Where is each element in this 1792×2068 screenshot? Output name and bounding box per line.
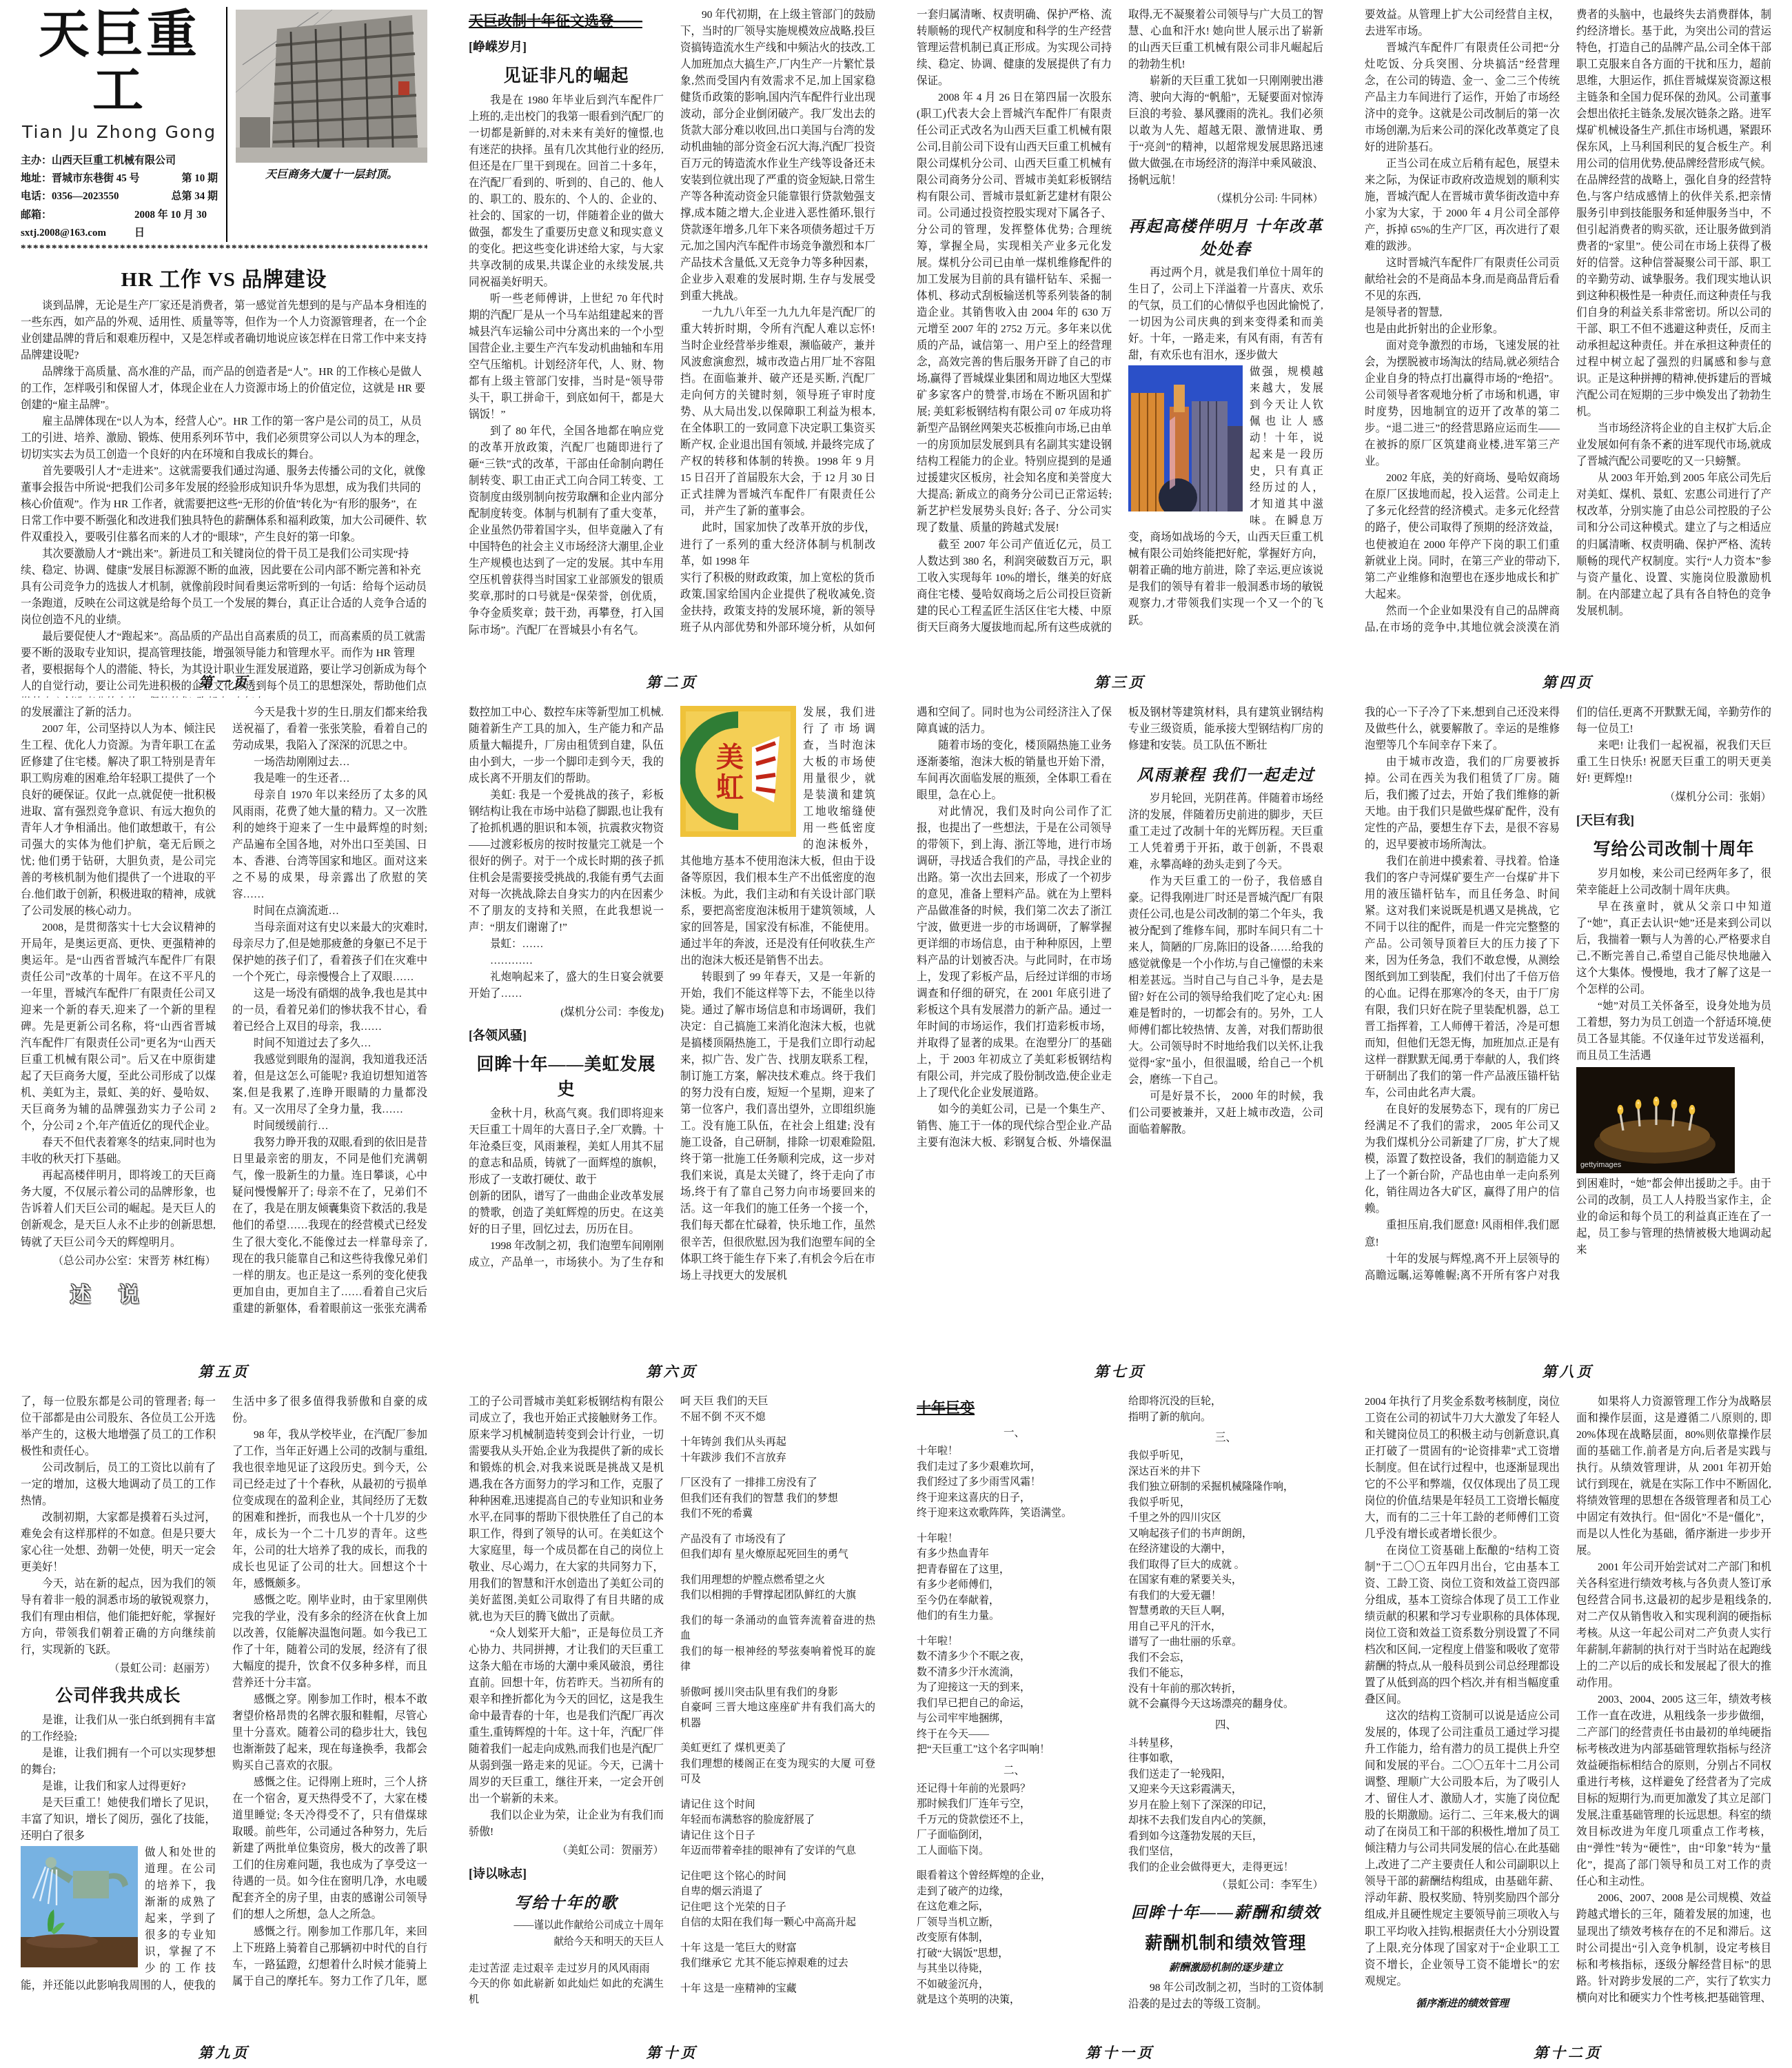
poem-line: 十年 这是一座精神的宝藏: [680, 1981, 875, 1997]
paragraph: 礼炮响起来了，盛大的生日宴会就要开始了……: [469, 969, 664, 1002]
poem-line: 他们的有生力量。: [917, 1608, 1112, 1624]
construction-building-photo: [236, 10, 427, 163]
poem-line: 十年 这是一笔巨大的财富: [680, 1940, 875, 1956]
paragraph: 2003、2004、2005 这三年，绩效考核工作一直在改进，从粗线条一步步做细…: [1576, 1692, 1771, 1890]
poem-line: 在经济建设的大潮中，: [1128, 1541, 1323, 1557]
paragraph: 时间不知道过去了多久…: [232, 1035, 427, 1052]
paragraph: 2004 年执行了月奖金系数考核制度，岗位工资在公司的初试牛刀大大激发了年轻人和…: [1365, 1394, 1560, 1543]
poem-line: 用自己平凡的汗水，: [1128, 1619, 1323, 1635]
paragraph: 春天不但代表着寒冬的结束,同时也为丰收的秋天打下基础。: [21, 1135, 216, 1168]
poem-line: 却抹不去我们发自内心的笑颜，: [1128, 1813, 1323, 1829]
page-number: 第十二页: [1344, 2042, 1792, 2062]
page-2: 天巨改制十年征文选登——[峥嵘岁月]见证非凡的崛起我是在 1980 年毕业后到汽…: [448, 0, 896, 698]
poem-line: 我们不死的希冀: [680, 1506, 875, 1522]
paragraph: 我们以企业为荣，让企业为有我们而骄傲!: [469, 1807, 664, 1841]
article-headline: 回眸十年——美虹发展史: [469, 1051, 664, 1100]
signature: （煤机分公司: 牛同林）: [1128, 190, 1323, 205]
paragraph: 是谁，让我们从一张白纸到拥有丰富的工作经验;: [21, 1712, 216, 1745]
paragraph: “她”对员工关怀备至，设身处地为员工着想，努力为员工创造一个舒适环境,使员工各显…: [1576, 998, 1771, 1064]
svg-text:虹: 虹: [716, 772, 744, 803]
publish-date: 2008 年 10 月 30 日: [134, 206, 218, 243]
article-headline: 写给公司改制十周年: [1576, 835, 1771, 860]
paragraph: 当母亲面对这有史以来最大的灾难时,母亲尽力了,但是她那疲惫的身躯已不足于保护她的…: [232, 920, 427, 986]
paragraph: 其次要激励人才“跳出来”。新进员工和关键岗位的骨干员工是我们公司实现“持续、稳定…: [21, 546, 427, 629]
page-12: 2004 年执行了月奖金系数考核制度，岗位工资在公司的初试牛刀大大激发了年轻人和…: [1344, 1387, 1792, 2068]
spacer: [680, 1787, 875, 1797]
paragraph: 2007 年，公司坚持以人为本、倾注民生工程、优化人力资源。为青年职工在孟匠修建…: [21, 721, 216, 920]
paragraph: 2002 年底，美的好商场、曼哈奴商场在原厂区拔地而起，投入运营。公司走上了多元…: [1365, 470, 1560, 602]
paragraph: 从 2003 年开始,到 2005 年底公司先后对美虹、煤机、景虹、宏惠公司进行…: [1576, 470, 1771, 619]
paragraph: 面对竞争激烈的市场，飞速发展的社会，为摆脱被市场淘汰的结局,就必须结合企业自身的…: [1365, 338, 1560, 470]
poem-line: 我们继承它 尤其不能忘掉艰难的过去: [680, 1956, 875, 1971]
poem-line: 美虹更红了 煤机更美了: [680, 1741, 875, 1756]
paragraph: 今天是我十岁的生日,朋友们都来给我送祝福了，看着一张张笑脸，看着自己的劳动成果，…: [232, 704, 427, 754]
paragraph: …………: [469, 953, 664, 969]
article-headline: 公司伴我共成长: [21, 1682, 216, 1707]
stanza-number: 一、: [917, 1424, 1112, 1439]
spacer: [680, 1563, 875, 1572]
paragraph: 一场浩劫刚刚过去…: [232, 754, 427, 771]
paragraph: 一套归属清晰、权责明确、保护严格、流转顺畅的现代产权制度和科学的生产经营管理运营…: [917, 7, 1112, 90]
page-number: 第三页: [896, 671, 1344, 692]
poem-line: 我们用理想的炉膛点燃希望之火: [680, 1572, 875, 1588]
poem-line: 打破“大锅饭”思想，: [917, 1946, 1112, 1962]
page-number: 第九页: [0, 2042, 448, 2062]
poem-line: 有多少老师傅们，: [917, 1577, 1112, 1593]
poem-line: 指明了新的航向。: [1128, 1410, 1323, 1426]
page-4: 要效益。从管理上扩大公司经营自主权，去进军市场。晋城汽车配件厂有限责任公司把“分…: [1344, 0, 1792, 698]
page-7: 遇和空间了。同时也为公司经济注入了保障真诚的活力。随着市场的变化，楼顶隔热施工业…: [896, 698, 1344, 1387]
poem-line: 就是这个英明的决策，: [917, 1992, 1112, 2008]
poem-line: 十年铸剑 我们从头再起: [680, 1435, 875, 1450]
paragraph: 到困难时，“她”都会伸出援助之手。由于公司的改制，员工人人持股当家作主，企业的命…: [1576, 1176, 1771, 1259]
paragraph: 品牌缘于高质量、高水准的产品，而产品的创造者是“人”。HR 的工作核心是做人的工…: [21, 364, 427, 414]
spacer: [680, 1675, 875, 1685]
calligraphy-headline: 再起高楼伴明月 十年改革处处春: [1128, 214, 1323, 259]
phone-line: 电话：0356—2023550: [21, 187, 119, 205]
paragraph: 数控加工中心、数控车床等新型加工机械.随着新生产工具的加入，生产能力和产品质量大…: [469, 704, 664, 787]
paragraph: 再起高楼伴明月，即将竣工的天巨商务大厦，不仅展示着公司的品牌形象，也告诉着人们天…: [21, 1168, 216, 1250]
paragraph: 再过两个月，就是我们单位十周年的生日了，公司上下洋溢着一片喜庆、欢乐的气氛，员工…: [1128, 265, 1323, 364]
poem-line: 厂领导当机立断，: [917, 1915, 1112, 1931]
paragraph: 遇和空间了。同时也为公司经济注入了保障真诚的活力。: [917, 704, 1112, 738]
poem-line: 给即将沉没的巨轮，: [1128, 1394, 1323, 1410]
poem-line: 我们取得了巨大的成就 。: [1128, 1557, 1323, 1573]
poem-line: 为了迎接这一天的到来，: [917, 1680, 1112, 1696]
paragraph: 90 年代初期，在上级主管部门的鼓励下，当时的厂领导实施规模效应战略,投巨资搞铸…: [680, 7, 875, 305]
page-number: 第六页: [448, 1361, 896, 1381]
paragraph: 由于城市改造，我们的厂房要被拆掉。公司在西关为我们租赁了厂房。随后，我们搬了过去…: [1365, 754, 1560, 853]
poem-line: 眼看着这个曾经辉煌的企业，: [917, 1868, 1112, 1884]
poem-line: 但我们还有我们的智慧 我们的梦想: [680, 1491, 875, 1507]
poem-line: 不如破釜沉舟，: [917, 1977, 1112, 1993]
lead-article-headline: HR 工作 VS 品牌建设: [21, 262, 427, 292]
poem-line: 我们以相拥的手臂撑起团队鲜红的大旗: [680, 1588, 875, 1603]
masthead-photo-area: 天巨商务大厦十一层封顶。: [227, 7, 427, 242]
poem-line: 请记住 这个时间: [680, 1797, 875, 1813]
stars-separator: ****************************************…: [21, 243, 427, 255]
calligraphy-headline: 写给十年的歌: [469, 1890, 664, 1913]
paragraph: 早在孩童时，就从父亲口中知道了“她”，真正去认识“她”还是来到公司以后，我揣着一…: [1576, 899, 1771, 998]
skyscrapers-photo: [1128, 365, 1243, 511]
poem-line: 工人面临下岗。: [917, 1843, 1112, 1859]
spacer: [917, 1858, 1112, 1868]
paragraph: 2001 年公司开始尝试对二产部门和机关各科室进行绩效考核,与各负责人签订承包经…: [1576, 1559, 1771, 1692]
poem-line: 十年啦！: [917, 1531, 1112, 1547]
issue-number: 第 10 期: [181, 170, 218, 187]
masthead-left: 天巨重工 Tian Ju Zhong Gong 主办：山西天巨重工机械有限公司 …: [21, 7, 227, 242]
paragraph: 的发展灌注了新的活力。: [21, 704, 216, 721]
poem-line: 我们经过了多少雨雪风霜！: [917, 1474, 1112, 1490]
poem-line: 我们早已把自己的命运，: [917, 1696, 1112, 1712]
lead-article-body: 谈到品牌，无论是生产厂家还是消费者，第一感觉首先想到的是与产品本身相连的一些东西…: [21, 298, 427, 698]
watering-can-photo: [21, 1846, 138, 1967]
paragraph: 在良好的发展势态下，现有的厂房已经满足不了我们的需求， 2005 年公司又为我们…: [1365, 1102, 1560, 1217]
paragraph: 听一些老师傅讲，上世纪 70 年代时期的汽配厂是从一个马车站组建起来的晋城县汽车…: [469, 291, 664, 423]
paragraph: 雇主品牌体现在“以人为本，经营人心”。HR 工作的第一客户是公司的员工，从员工的…: [21, 414, 427, 463]
paragraph: 作为天巨重工的一份子，我倍感自豪。记得我刚进厂时还是晋城汽配厂有限责任公司,也是…: [1128, 873, 1323, 1088]
page-11: 十年巨变一、十年啦！我们走过了多少艰难坎坷，我们经过了多少雨雪风霜！终于迎来这喜…: [896, 1387, 1344, 2068]
page-8: 我的心一下子冷了下来,想到自己还没来得及做些什么，就要解散了。幸运的是维修泡塑等…: [1344, 698, 1792, 1387]
paragraph: 岁月如梭，来公司已经两年多了，很荣幸能赶上公司改制十周年庆典。: [1576, 866, 1771, 899]
spacer: [680, 1466, 875, 1475]
spacer: [680, 1731, 875, 1741]
image-watermark: gettyimages: [1580, 1161, 1621, 1169]
poem-line: 智慧勇敢的天巨人啊，: [1128, 1603, 1323, 1619]
paragraph: 可是好景不长， 2000 年的时候，我们公司要被兼并，又赶上城市改造，公司面临着…: [1128, 1088, 1323, 1138]
paragraph: 我感觉到眼角的湿润，我知道我还活着，但是这怎么可能呢? 我迫切想知道答案,但是我…: [232, 1052, 427, 1118]
poem-line: 自信的太阳在我们每一颗心中高高升起: [680, 1915, 875, 1931]
spacer: [917, 1521, 1112, 1531]
issue-total: 总第 34 期: [171, 187, 218, 205]
poem-line: 往事如歌，: [1128, 1751, 1323, 1767]
paragraph: 工的子公司晋城市美虹彩板钢结构有限公司成立了，我也开始正式接触财务工作。原来学习…: [469, 1394, 664, 1625]
paragraph: 对此情况，我们及时向公司作了汇报，也提出了一些想法，于是在公司领导的带领下，到上…: [917, 804, 1112, 1102]
paragraph: 美虹: 我是一个爱挑战的孩子，彩板钢结构让我在市场中站稳了脚跟,也让我有了抢抓机…: [469, 787, 664, 936]
paragraph: 也是由此折射出的企业形象。: [1365, 321, 1560, 338]
page-number: 第十页: [448, 2042, 896, 2062]
paragraph: “众人划桨开大船”，正是每位员工齐心协力、共同拼搏，才让我们的天巨重工这条大船在…: [469, 1625, 664, 1807]
newspaper-title: 天巨重工: [21, 7, 218, 119]
paragraph: 来吧! 让我们一起祝福，祝我们天巨重工生日快乐! 祝愿天巨重工的明天更美好! 更…: [1576, 738, 1771, 787]
page-10: 工的子公司晋城市美虹彩板钢结构有限公司成立了，我也开始正式接触财务工作。原来学习…: [448, 1387, 896, 2068]
poem-line: 终于迎来这欢歌阵阵，笑语满堂。: [917, 1506, 1112, 1521]
poem-line: 终于在今天——: [917, 1727, 1112, 1743]
page-number: 第四页: [1344, 671, 1792, 692]
address-line: 地址：晋城市东巷街 45 号: [21, 170, 140, 187]
paragraph: 岁月轮回，光阴荏苒。伴随着市场经济的发展，伴随着历史前进的脚步，天巨重工走过了改…: [1128, 791, 1323, 873]
poem-line: 我似乎听见，: [1128, 1448, 1323, 1464]
poem-line: 我们的企业会做得更大，走得更远！: [1128, 1860, 1323, 1876]
subtitle: 献给今天和明天的天巨人: [469, 1935, 664, 1950]
spacer: [680, 1931, 875, 1940]
signature: （煤机分公司：张娟）: [1576, 789, 1771, 804]
poem-line: 但我们却有 星火燎原起死回生的勇气: [680, 1547, 875, 1563]
poem-line: 我们独立研制的采掘机械隆隆作响，: [1128, 1479, 1323, 1495]
paragraph: 一九九八年至一九九九年是汽配厂的重大转折时期，令所有汽配人难以忘怀! 当时企业经…: [680, 305, 875, 520]
paragraph: 今天，站在新的起点，因为我们的领导有着非一般的洞悉市场的敏锐观察力，我们有理由相…: [21, 1576, 216, 1659]
poem-line: 记住吧 这个铭心的时间: [680, 1869, 875, 1885]
poem-line: 终于迎来这喜庆的日子，: [917, 1490, 1112, 1506]
page-1: 天巨重工 Tian Ju Zhong Gong 主办：山西天巨重工机械有限公司 …: [0, 0, 448, 698]
spacer: [680, 1603, 875, 1613]
page-6: 数控加工中心、数控车床等新型加工机械.随着新生产工具的加入，生产能力和产品质量大…: [448, 698, 896, 1387]
poem-line: 十年啦！: [917, 1634, 1112, 1650]
stanza-number: 四、: [1128, 1716, 1323, 1732]
poem-line: 自豪呵 三晋大地这座座矿井有我们高大的机器: [680, 1700, 875, 1731]
meihong-logo: 美虹: [680, 706, 796, 837]
poem-line: 把“天巨重工”这个名字叫响！: [917, 1742, 1112, 1758]
page-number: 第一页: [0, 671, 448, 692]
page-number: 第二页: [448, 671, 896, 692]
poem-line: 我似乎听见，: [1128, 1495, 1323, 1511]
signature: （美虹公司：贺丽芳）: [469, 1842, 664, 1857]
poem-line: 厂子面临倒闭，: [917, 1827, 1112, 1843]
paragraph: 如果将人力资源管理工作分为战略层面和操作层面，这是遵循二八原则的, 即 20%体…: [1576, 1394, 1771, 1559]
masthead: 天巨重工 Tian Ju Zhong Gong 主办：山西天巨重工机械有限公司 …: [21, 7, 427, 242]
spacer: [469, 2007, 664, 2017]
poem-line: 深达百米的井下: [1128, 1464, 1323, 1480]
page-number: 第五页: [0, 1361, 448, 1381]
poem-line: 数不清多少个不眠之夜，: [917, 1649, 1112, 1665]
paragraph: 感慨之住。记得刚上班时，三个人挤在一个宿舍，夏天热得受不了，大家在楼道里睡觉; …: [232, 1774, 427, 1923]
poem-line: 我们不会忘，: [1128, 1650, 1323, 1666]
paragraph: 这次的结构工资制可以说是适应公司发展的，体现了公司注重员工通过学习提升工作能力，…: [1365, 1708, 1560, 1989]
poem-line: 走过苦涩 走过艰辛 走过岁月的风风雨雨: [469, 1961, 664, 1977]
email-line: 邮箱：sxtj.2008@163.com: [21, 206, 134, 243]
poem-line: 那时候我们厂连年亏空，: [917, 1796, 1112, 1812]
newspaper-title-pinyin: Tian Ju Zhong Gong: [21, 122, 218, 142]
poem-line: 千万元的贷款偿还不上，: [917, 1812, 1112, 1828]
section-tag: [峥嵘岁月]: [469, 37, 664, 55]
poem-line: 呵 天巨 我们的天巨: [680, 1394, 875, 1410]
poem-line: 我们坚信，: [1128, 1844, 1323, 1860]
paragraph: 景虹：……: [469, 936, 664, 953]
paragraph: 2008，是贯彻落实十七大会议精神的开局年，是奥运更高、更快、更强精神的奥运年。…: [21, 920, 216, 1135]
article-headline: 薪酬机制和绩效管理: [1128, 1929, 1323, 1954]
section-tag: [诗以咏志]: [469, 1864, 664, 1882]
paragraph: 崭新的天巨重工犹如一只刚刚驶出港湾、驶向大海的“帆船”，无疑要面对惊涛巨浪的考验…: [1128, 73, 1323, 189]
poem-line: 看到如今这蓬勃发展的天巨，: [1128, 1829, 1323, 1845]
calligraphy-headline: 回眸十年——薪酬和绩效: [1128, 1900, 1323, 1923]
spacer: [469, 1952, 664, 1961]
poem-line: 骄傲呵 援川突击队里有我们的身影: [680, 1685, 875, 1701]
subtitle: ——谨以此作献给公司成立十周年: [469, 1918, 664, 1934]
poem-line: 十年跋涉 我们不言放弃: [680, 1450, 875, 1466]
article-headline: 见证非凡的崛起: [469, 62, 664, 87]
outlined-headline: 述说: [21, 1277, 216, 1308]
masthead-info: 主办：山西天巨重工机械有限公司 地址：晋城市东巷街 45 号 第 10 期 电话…: [21, 152, 218, 242]
poem-line: 改变原有体制，: [917, 1930, 1112, 1946]
series-title: 十年巨变: [917, 1397, 1112, 1417]
paragraph: 这是一场没有硝烟的战争,我也是其中的一员，看着兄弟们的惨状我不甘心，看着已经合上…: [232, 986, 427, 1035]
poem-line: 我们送走了一轮残阳，: [1128, 1767, 1323, 1783]
poem-line: 我们的每一条涌动的血管奔流着奋进的热血: [680, 1613, 875, 1644]
poem-line: 年迈而带着牵挂的眼神有了安详的气息: [680, 1843, 875, 1859]
organizer-line: 主办：山西天巨重工机械有限公司: [21, 152, 218, 170]
section-tag: [天巨有我]: [1576, 811, 1771, 829]
paragraph: 此时，国家加快了改革开放的步伐，进行了一系列的重大经济体制与机制改革，如 199…: [680, 520, 875, 569]
paragraph: 金秋十月，秋高气爽。我们即将迎来天巨重工十周年的大喜日子,全厂欢腾。十年沧桑巨变…: [469, 1106, 664, 1188]
poem-line: 走到了破产的边缘，: [917, 1884, 1112, 1900]
page-5: 的发展灌注了新的活力。2007 年，公司坚持以人为本、倾注民生工程、优化人力资源…: [0, 698, 448, 1387]
poem-line: 年轻而布满愁容的脸庞舒展了: [680, 1812, 875, 1828]
poem-line: 产品没有了 市场没有了: [680, 1532, 875, 1548]
paragraph: 改制初期，大家都是摸着石头过河，难免会有这样那样的不如意。但是只要大家心往一处想…: [21, 1510, 216, 1576]
paragraph: 公司改制后，员工的工资比以前有了一定的增加，这极大地调动了员工的工作热情。: [21, 1460, 216, 1510]
spacer: [680, 1522, 875, 1532]
paragraph: 随着市场的变化，楼顶隔热施工业务逐渐萎缩，泡沫大板的销量也开始下滑，车间再次面临…: [917, 738, 1112, 804]
poem-line: 我们理想的楼阁正在变为现实的大厦 可登可及: [680, 1756, 875, 1787]
spacer: [680, 1971, 875, 1981]
paragraph: 我的心一下子冷了下来,想到自己还没来得及做些什么，就要解散了。幸运的是维修泡塑等…: [1365, 704, 1560, 754]
poem-line: 把青春留在了这里，: [917, 1562, 1112, 1578]
poem-line: 不屈不倒 不灭不熄: [680, 1410, 875, 1426]
page-number: 第七页: [896, 1361, 1344, 1381]
paragraph: 创新的团队，谱写了一曲曲企业改革发展的赞歌，创造了美虹辉煌的历史。在这美好的日子…: [469, 1188, 664, 1238]
paragraph: 98 年公司改制之初，当时的工资体制沿袭的是过去的等级工资制。: [1128, 1980, 1323, 2013]
poem-line: 我们的每一根神经的琴弦奏响着悦耳的旋律: [680, 1644, 875, 1675]
signature: （景虹公司：赵丽芳）: [21, 1660, 216, 1675]
paragraph: 感慨之穿。刚参加工作时，根本不敢奢望价格昂贵的名牌衣服和鞋帽，尽管心里十分喜欢。…: [232, 1692, 427, 1774]
poem-line: 在国家有难的紧要关头，: [1128, 1572, 1323, 1588]
paragraph: 到了 80 年代，全国各地都在响应党的改革开放政策，汽配厂也随即进行了砸“三铁”…: [469, 423, 664, 638]
poem-line: 又迎来今天这彩霞满天，: [1128, 1782, 1323, 1798]
poem-line: 谱写了一曲壮丽的乐章。: [1128, 1634, 1323, 1650]
paragraph: 98 年，我从学校毕业，在汽配厂参加了工作，当年正好遇上公司的改制与重组,我也很…: [232, 1427, 427, 1592]
paragraph: 我们在前进中摸索着、寻找着。恰逢我们的客户寺河煤矿要生产一台煤矿井下用的液压锚杆…: [1365, 853, 1560, 1102]
poem-line: 厂区没有了 一排排工房没有了: [680, 1475, 875, 1491]
stanza-number: 二、: [917, 1762, 1112, 1777]
paragraph: 晋城汽车配件厂有限责任公司把“分灶吃饭、分兵突围、分块搞活”经营理念，在公司的铸…: [1365, 40, 1560, 156]
masthead-photo-caption: 天巨商务大厦十一层封顶。: [236, 165, 427, 181]
paragraph: 2008 年 4 月 26 日在第四届一次股东(职工)代表大会上晋城汽车配件厂有…: [917, 90, 1112, 536]
paragraph: 转眼到了 99 年春天，又是一年新的开始，我们不能这样等下去，不能坐以待毙。通过…: [680, 969, 875, 1284]
paragraph: 在岗位工资基础上酝酿的“结构工资制”于二〇〇五年四月出台，它由基本工资、工龄工资…: [1365, 1543, 1560, 1708]
poem-line: 有我们的大爱无疆！: [1128, 1588, 1323, 1604]
poem-line: 自卑的烟云消退了: [680, 1884, 875, 1900]
signature: （景虹公司：李军生）: [1128, 1876, 1323, 1892]
poem-line: 斗转星移，: [1128, 1736, 1323, 1752]
paragraph: 谈到品牌，无论是生产厂家还是消费者，第一感觉首先想到的是与产品本身相连的一些东西…: [21, 298, 427, 364]
paragraph: 时间缓缓前行…: [232, 1118, 427, 1135]
spacer: [680, 1425, 875, 1435]
stanza-number: 三、: [1128, 1429, 1323, 1444]
page-9: 了，每一位股东都是公司的管理者; 每一位干部都是由公司股东、各位员工公开选举产生…: [0, 1387, 448, 2068]
paragraph: 要效益。从管理上扩大公司经营自主权，去进军市场。: [1365, 7, 1560, 40]
paragraph: 重担压肩,我们愿意! 风雨相伴,我们愿意!: [1365, 1217, 1560, 1250]
sub-headline: 循序渐进的绩效管理: [1365, 1996, 1560, 2010]
paragraph: 感慨之吃。刚毕业时，由于家里刚供完我的学业，没有多余的经济在伙食上加以改善，仅能…: [232, 1592, 427, 1692]
poem-line: 今天的你 如此崭新 如此灿烂 如此的充满生机: [469, 1976, 664, 2007]
section-tag: [各领风骚]: [469, 1026, 664, 1044]
paragraph: 是天巨重工！她使我们增长了见识，丰富了知识，增长了阅历，强化了技能，还明白了很多: [21, 1795, 216, 1845]
poem-line: 与公司牢牢地捆绑，: [917, 1711, 1112, 1727]
calligraphy-headline: 风雨兼程 我们一起走过: [1128, 762, 1323, 785]
paragraph: 当市场经济将企业的自主权扩大后,企业发展如何有条不紊的进军现代市场,就成了晋城汽…: [1576, 420, 1771, 470]
poem-line: 千里之外的四川灾区: [1128, 1510, 1323, 1526]
paragraph: 母亲自 1970 年以来经历了太多的风风雨雨，花费了她大量的精力。又一次胜利的她…: [232, 787, 427, 903]
poem-line: 没有十年前的那次转折，: [1128, 1681, 1323, 1697]
spacer: [917, 1624, 1112, 1634]
poem-line: 请记住 这个日子: [680, 1828, 875, 1844]
spacer: [680, 1859, 875, 1869]
paragraph: 正当公司在成立后稍有起色，展望未来之际，为保证市政府改造规划的顺利实施，晋城汽配…: [1365, 156, 1560, 255]
sub-headline: 薪酬激励机制的逐步建立: [1128, 1960, 1323, 1974]
series-title: 天巨改制十年征文选登——: [469, 10, 664, 30]
poem-line: 我们走过了多少艰难坎坷，: [917, 1459, 1112, 1475]
poem-line: 岁月在脸上刻下了深深的印记，: [1128, 1798, 1323, 1814]
svg-text:美: 美: [716, 742, 744, 773]
paragraph: 我是唯一的生还者…: [232, 771, 427, 787]
page-number: 第十一页: [896, 2042, 1344, 2062]
page-number: 第八页: [1344, 1361, 1792, 1381]
paragraph: 这时晋城汽车配件厂有限责任公司贡献给社会的不是商品本身,而是商品背后看不见的东西…: [1365, 255, 1560, 305]
paragraph: 是谁，让我们拥有一个可以实现梦想的舞台;: [21, 1745, 216, 1778]
newspaper: 天巨重工 Tian Ju Zhong Gong 主办：山西天巨重工机械有限公司 …: [0, 0, 1792, 2068]
poem-line: 有多少热血青年: [917, 1546, 1112, 1562]
poem-line: 十年啦！: [917, 1443, 1112, 1459]
poem-line: 与其坐以待毙，: [917, 1961, 1112, 1977]
poem-line: 在这危难之际，: [917, 1899, 1112, 1915]
paragraph: 了，每一位股东都是公司的管理者; 每一位干部都是由公司股东、各位员工公开选举产生…: [21, 1394, 216, 1460]
poem-line: 又响起孩子们的书声朗朗，: [1128, 1526, 1323, 1542]
poem-line: 我们不能忘，: [1128, 1665, 1323, 1681]
poem-line: 还记得十年前的光景吗？: [917, 1781, 1112, 1797]
paragraph: 首先要吸引人才“走进来”。这就需要我们通过沟通、服务去传播公司的文化，就像董事会…: [21, 463, 427, 546]
poem-line: 记住吧 这个光荣的日子: [680, 1900, 875, 1916]
poem-line: 至今仍在奉献着，: [917, 1593, 1112, 1609]
paragraph: 时间在点滴流逝…: [232, 903, 427, 920]
page-3: 一套归属清晰、权责明确、保护严格、流转顺畅的现代产权制度和科学的生产经营管理运营…: [896, 0, 1344, 698]
birthday-cake-photo: gettyimages: [1576, 1067, 1771, 1173]
signature: （总公司办公室：宋晋芳 林红梅）: [21, 1253, 216, 1268]
paragraph: 我是在 1980 年毕业后到汽车配件厂上班的,走出校门的我第一眼看到汽配厂的一切…: [469, 92, 664, 291]
poem-line: 就不会赢得今天这场漂亮的翻身仗。: [1128, 1696, 1323, 1712]
paragraph: 是谁，让我们和家人过得更好?: [21, 1778, 216, 1795]
poem-line: 数不清多少汗水流淌，: [917, 1665, 1112, 1681]
paragraph: 是领导者的智慧,: [1365, 305, 1560, 321]
signature: (煤机分公司：李俊龙): [469, 1004, 664, 1019]
